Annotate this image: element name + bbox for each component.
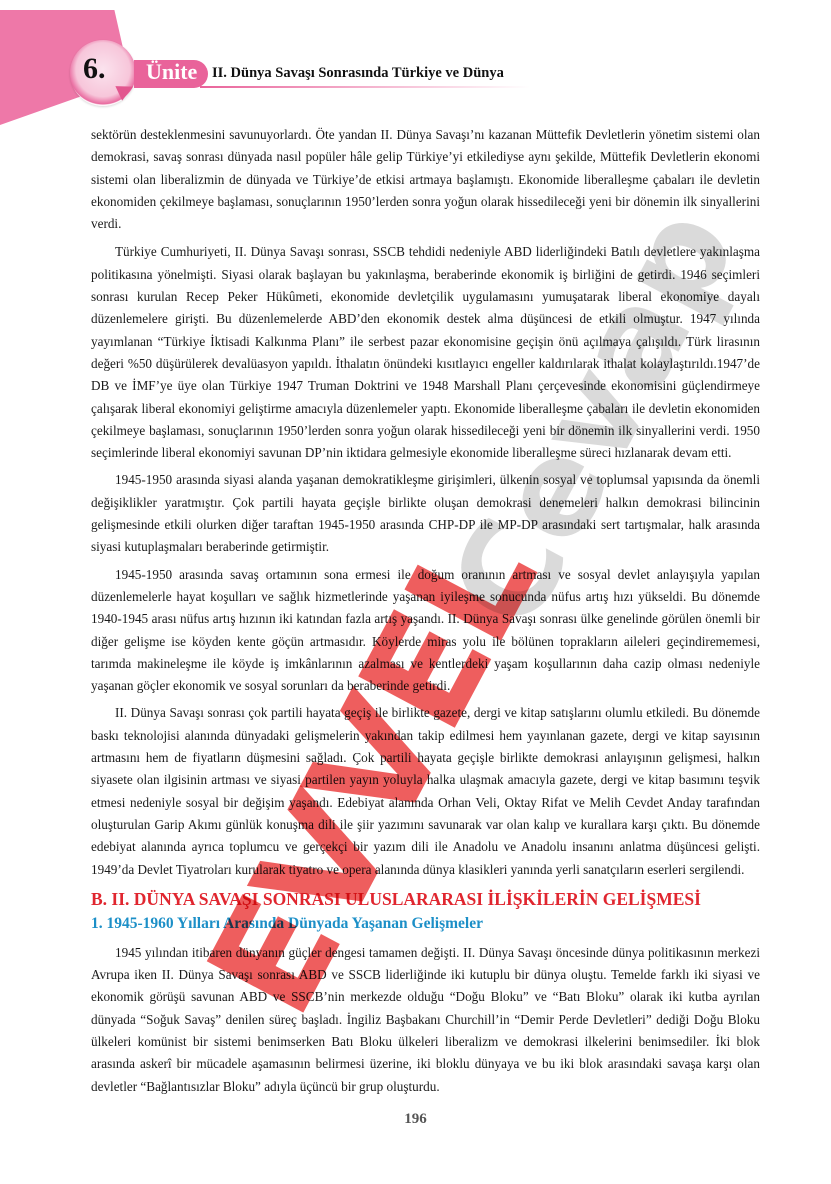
unit-number: 6. bbox=[83, 52, 106, 86]
paragraph: II. Dünya Savaşı sonrası çok partili hay… bbox=[91, 702, 760, 880]
paragraph: 1945-1950 arasında siyasi alanda yaşanan… bbox=[91, 469, 760, 558]
unit-label: Ünite bbox=[146, 59, 197, 85]
page-body: sektörün desteklenmesini savunuyorlardı.… bbox=[91, 124, 760, 1103]
page-number: 196 bbox=[0, 1111, 831, 1128]
chapter-title: II. Dünya Savaşı Sonrasında Türkiye ve D… bbox=[212, 65, 504, 82]
paragraph: 1945-1950 arasında savaş ortamının sona … bbox=[91, 564, 760, 698]
paragraph: sektörün desteklenmesini savunuyorlardı.… bbox=[91, 124, 760, 235]
subsection-heading: 1. 1945-1960 Yılları Arasında Dünyada Ya… bbox=[91, 912, 760, 936]
paragraph: 1945 yılından itibaren dünyanın güçler d… bbox=[91, 942, 760, 1098]
paragraph: Türkiye Cumhuriyeti, II. Dünya Savaşı so… bbox=[91, 241, 760, 464]
header-underline bbox=[200, 86, 530, 88]
section-heading: B. II. DÜNYA SAVAŞI SONRASI ULUSLARARASI… bbox=[91, 886, 760, 912]
